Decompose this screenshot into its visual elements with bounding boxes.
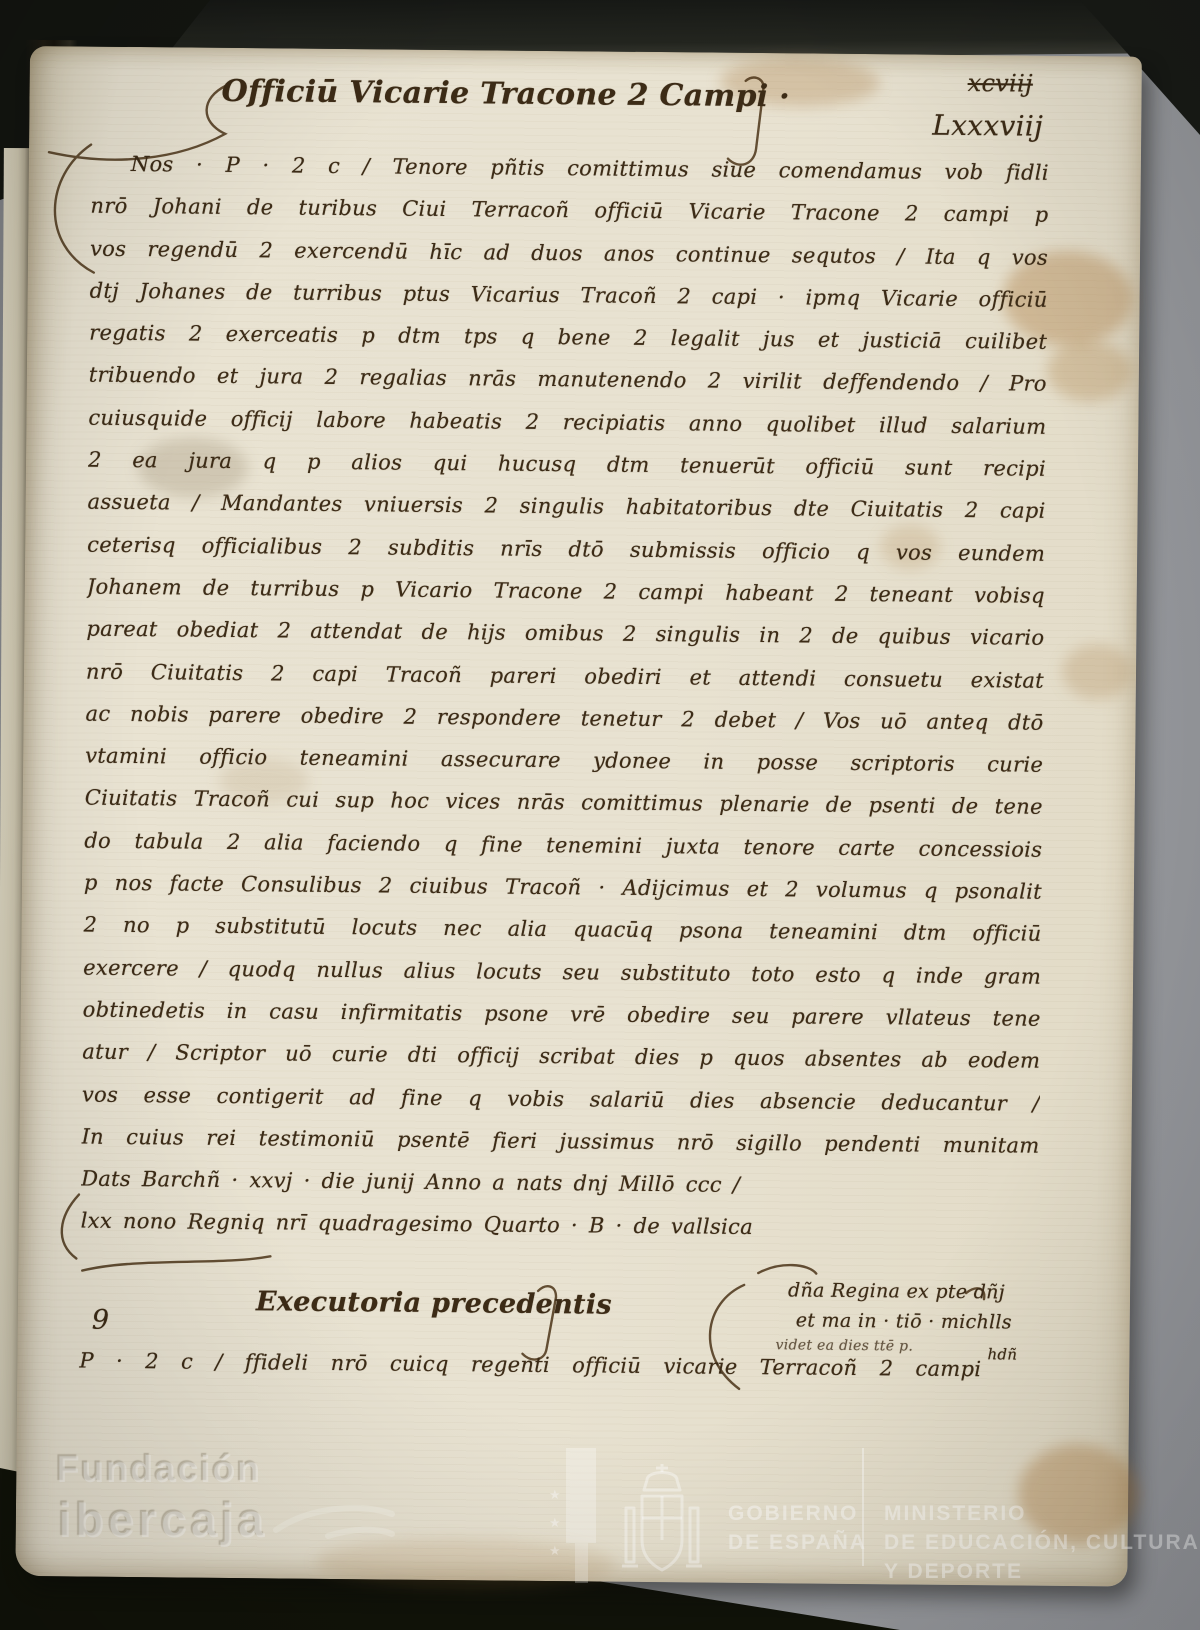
- subheading-executoria: Executoria precedentis: [256, 1286, 612, 1320]
- marginal-note-line: videt ea dies ttē p.: [775, 1337, 913, 1354]
- marginal-note-line: dña Regina ex pte dñj: [788, 1279, 1005, 1303]
- star-icon: ★: [549, 1516, 561, 1531]
- paragraph-mark: 9: [92, 1305, 110, 1336]
- page-heading: Officiū Vicarie Tracone 2 Campi ·: [221, 74, 790, 114]
- stain: [1018, 1444, 1139, 1545]
- folio-number: Lxxxviij: [932, 109, 1043, 143]
- marginal-note-line: hdñ: [987, 1345, 1017, 1363]
- manuscript-body: Nos · P · 2 c / Tenore pñtis comittimus …: [81, 143, 1050, 1252]
- folio-number-struck: xcviij: [968, 69, 1033, 98]
- stain: [1047, 341, 1133, 402]
- stain: [1062, 644, 1133, 700]
- manuscript-page: Officiū Vicarie Tracone 2 Campi · xcviij…: [15, 46, 1142, 1587]
- star-icon: ★: [549, 1488, 561, 1503]
- flag-pole-icon: [575, 1543, 588, 1583]
- star-icon: ★: [549, 1544, 561, 1559]
- manuscript-scan: Officiū Vicarie Tracone 2 Campi · xcviij…: [0, 0, 1200, 1630]
- marginal-note: dña Regina ex pte dñjet ma in · tiō · mi…: [770, 1279, 1070, 1282]
- flag-icon: [566, 1448, 596, 1543]
- marginal-note-line: et ma in · tiō · michlls: [796, 1309, 1012, 1333]
- watermark-divider: [862, 1448, 864, 1566]
- manuscript-line: lxx nono Regniq nrī quadragesimo Quarto …: [81, 1200, 1039, 1251]
